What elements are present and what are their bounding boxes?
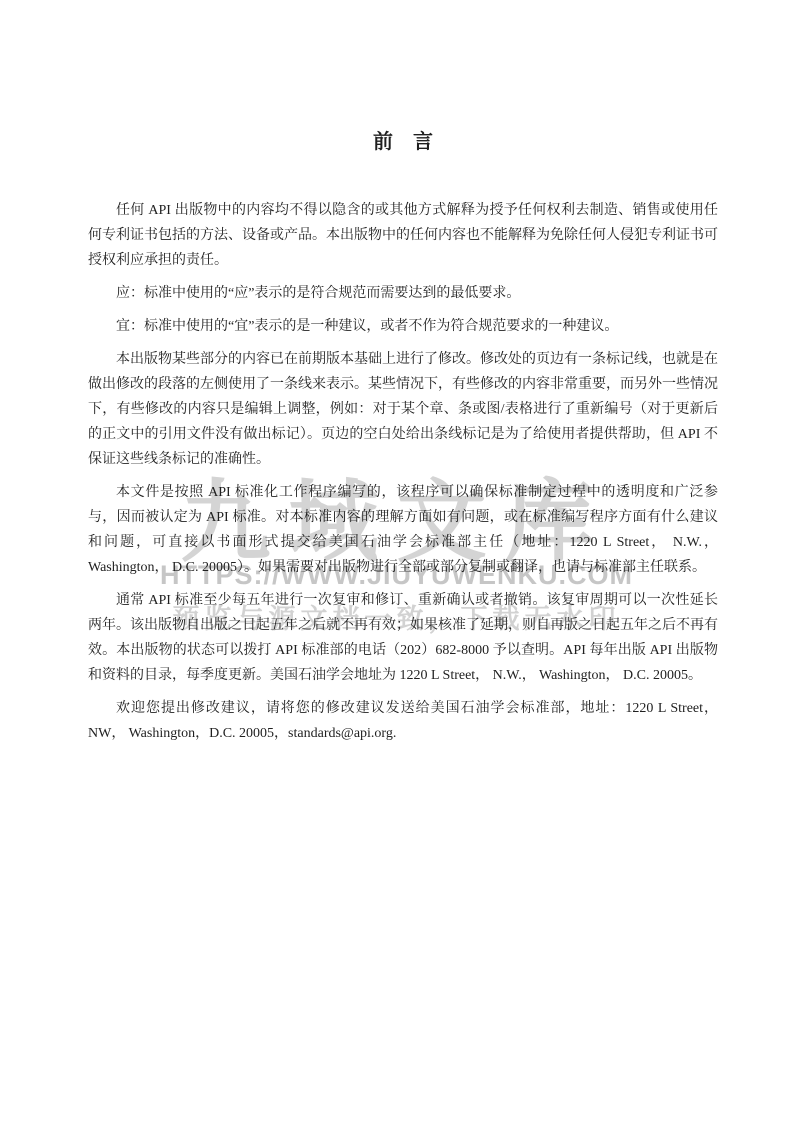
paragraph-standardization-procedure: 本文件是按照 API 标准化工作程序编写的，该程序可以确保标准制定过程中的透明度… <box>88 480 718 580</box>
paragraph-patent-disclaimer: 任何 API 出版物中的内容均不得以隐含的或其他方式解释为授予任何权利去制造、销… <box>88 198 718 273</box>
paragraph-should-definition: 宜：标准中使用的“宜”表示的是一种建议，或者不作为符合规范要求的一种建议。 <box>88 314 718 339</box>
paragraph-suggestions-contact: 欢迎您提出修改建议，请将您的修改建议发送给美国石油学会标准部，地址：1220 L… <box>88 696 718 746</box>
paragraph-revision-marks: 本出版物某些部分的内容已在前期版本基础上进行了修改。修改处的页边有一条标记线，也… <box>88 347 718 472</box>
paragraph-shall-definition: 应：标准中使用的“应”表示的是符合规范而需要达到的最低要求。 <box>88 281 718 306</box>
document-content: 前 言 任何 API 出版物中的内容均不得以隐含的或其他方式解释为授予任何权利去… <box>0 0 793 746</box>
document-page: 九域文库 HTTPS://WWW.JIUYUWENKU.COM 预览与源文档一致… <box>0 0 793 1122</box>
page-title: 前 言 <box>88 128 718 156</box>
paragraph-review-cycle: 通常 API 标准至少每五年进行一次复审和修订、重新确认或者撤销。该复审周期可以… <box>88 588 718 688</box>
